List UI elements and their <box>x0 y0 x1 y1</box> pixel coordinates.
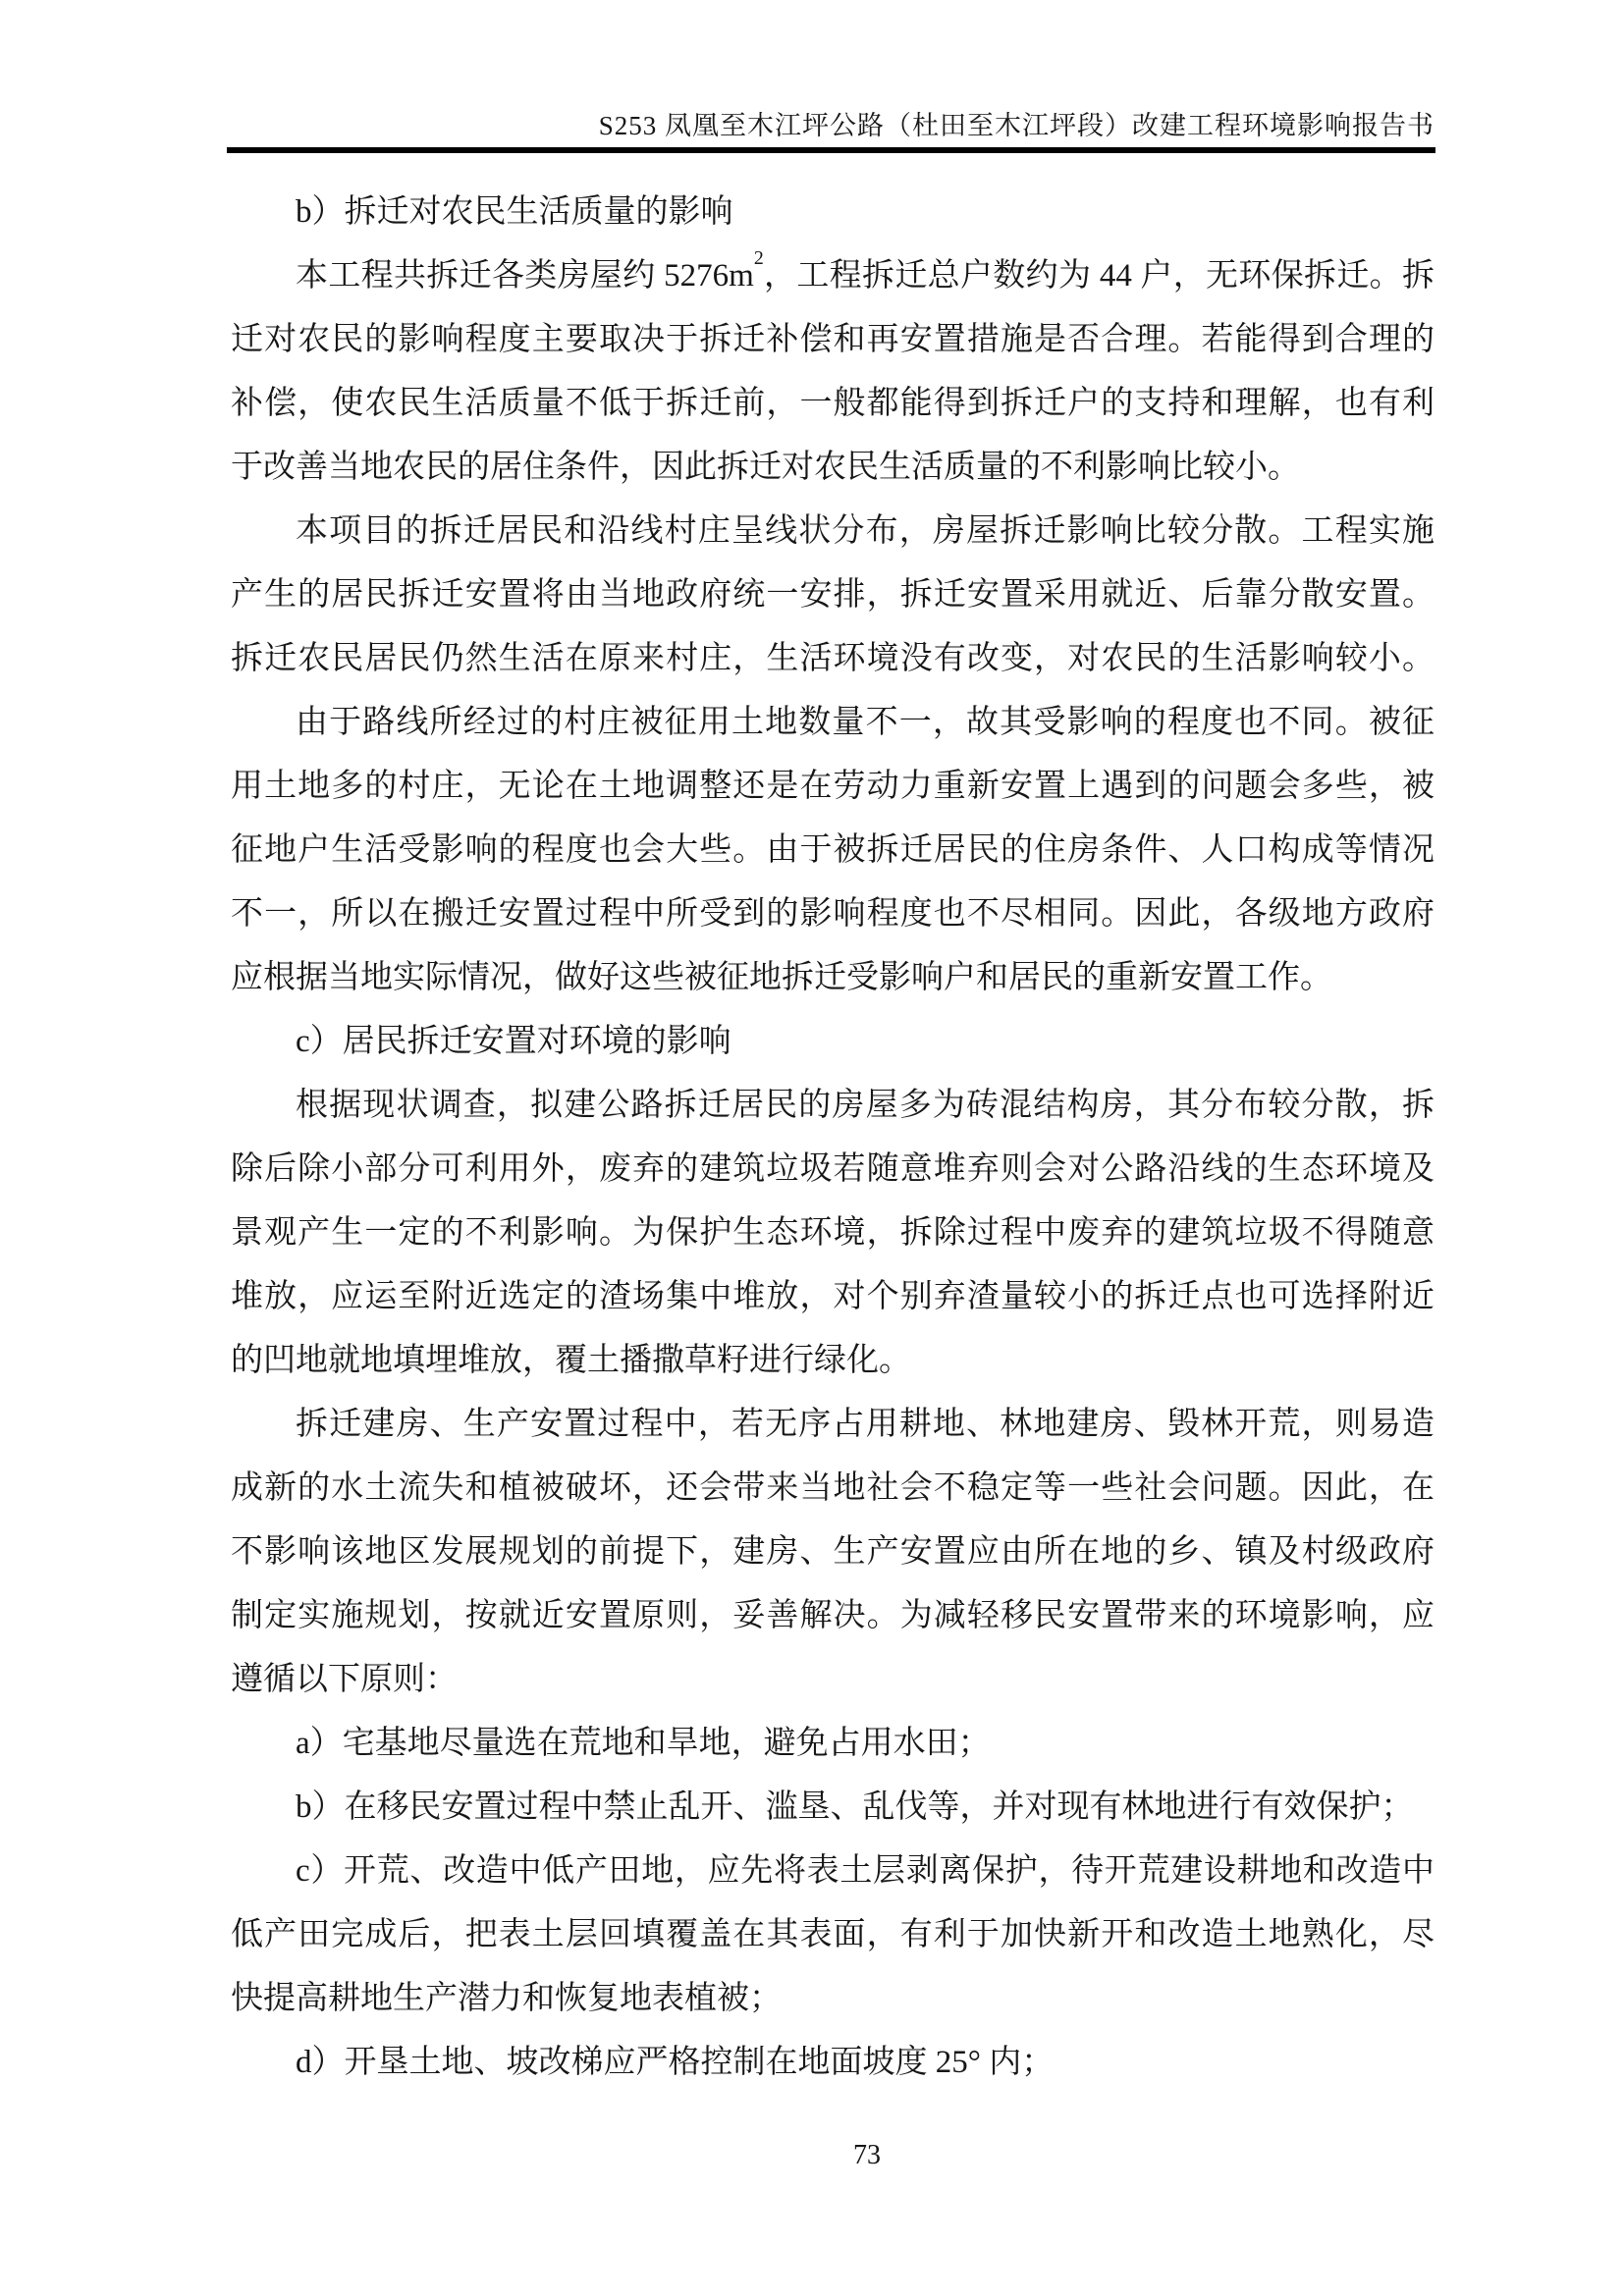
body-line: 于改善当地农民的居住条件，因此拆迁对农民生活质量的不利影响比较小。 <box>231 436 1435 500</box>
body-line: 遵循以下原则： <box>231 1648 1435 1712</box>
body-line: 景观产生一定的不利影响。为保护生态环境，拆除过程中废弃的建筑垃圾不得随意 <box>231 1201 1435 1265</box>
body-line: 不一，所以在搬迁安置过程中所受到的影响程度也不尽相同。因此，各级地方政府 <box>231 882 1435 946</box>
line-text-post: ，工程拆迁总户数约为 44 户，无环保拆迁。拆 <box>764 258 1435 294</box>
body-line: 根据现状调查，拟建公路拆迁居民的房屋多为砖混结构房，其分布较分散，拆 <box>231 1074 1435 1138</box>
body-line: c）居民拆迁安置对环境的影响 <box>231 1010 1435 1074</box>
body-line: 应根据当地实际情况，做好这些被征地拆迁受影响户和居民的重新安置工作。 <box>231 946 1435 1010</box>
document-page: S253 凤凰至木江坪公路（杜田至木江坪段）改建工程环境影响报告书 b）拆迁对农… <box>0 0 1624 2296</box>
body-line: 本项目的拆迁居民和沿线村庄呈线状分布，房屋拆迁影响比较分散。工程实施 <box>231 500 1435 563</box>
superscript-2: 2 <box>754 247 764 269</box>
running-header-title: S253 凤凰至木江坪公路（杜田至木江坪段）改建工程环境影响报告书 <box>599 108 1435 143</box>
body-line: 堆放，应运至附近选定的渣场集中堆放，对个别弃渣量较小的拆迁点也可选择附近 <box>231 1265 1435 1329</box>
body-line: 产生的居民拆迁安置将由当地政府统一安排，拆迁安置采用就近、后靠分散安置。 <box>231 563 1435 627</box>
body-line: 的凹地就地填埋堆放，覆土播撒草籽进行绿化。 <box>231 1329 1435 1393</box>
body-line: 不影响该地区发展规划的前提下，建房、生产安置应由所在地的乡、镇及村级政府 <box>231 1521 1435 1584</box>
body-line: 低产田完成后，把表土层回填覆盖在其表面，有利于加快新开和改造土地熟化，尽 <box>231 1903 1435 1967</box>
body-line: 成新的水土流失和植被破坏，还会带来当地社会不稳定等一些社会问题。因此，在 <box>231 1457 1435 1521</box>
body-line: d）开垦土地、坡改梯应严格控制在地面坡度 25° 内； <box>231 2031 1435 2095</box>
header-divider-rule <box>227 147 1435 153</box>
body-line: 快提高耕地生产潜力和恢复地表植被； <box>231 1967 1435 2031</box>
body-line: 本工程共拆迁各类房屋约 5276m2，工程拆迁总户数约为 44 户，无环保拆迁。… <box>231 244 1435 308</box>
body-line: 拆迁农民居民仍然生活在原来村庄，生活环境没有改变，对农民的生活影响较小。 <box>231 627 1435 691</box>
line-text-pre: 本工程共拆迁各类房屋约 5276m <box>296 258 754 294</box>
page-number: 73 <box>265 2138 1469 2173</box>
document-body: b）拆迁对农民生活质量的影响 本工程共拆迁各类房屋约 5276m2，工程拆迁总户… <box>231 181 1435 2095</box>
body-line: c）开荒、改造中低产田地，应先将表土层剥离保护，待开荒建设耕地和改造中 <box>231 1840 1435 1903</box>
body-line: 迁对农民的影响程度主要取决于拆迁补偿和再安置措施是否合理。若能得到合理的 <box>231 308 1435 372</box>
body-line: 拆迁建房、生产安置过程中，若无序占用耕地、林地建房、毁林开荒，则易造 <box>231 1393 1435 1457</box>
body-line: 由于路线所经过的村庄被征用土地数量不一，故其受影响的程度也不同。被征 <box>231 691 1435 755</box>
body-line: b）拆迁对农民生活质量的影响 <box>231 181 1435 244</box>
body-line: 征地户生活受影响的程度也会大些。由于被拆迁居民的住房条件、人口构成等情况 <box>231 819 1435 882</box>
body-line: 除后除小部分可利用外，废弃的建筑垃圾若随意堆弃则会对公路沿线的生态环境及 <box>231 1138 1435 1201</box>
body-line: 补偿，使农民生活质量不低于拆迁前，一般都能得到拆迁户的支持和理解，也有利 <box>231 372 1435 436</box>
body-line: a）宅基地尽量选在荒地和旱地，避免占用水田； <box>231 1712 1435 1776</box>
body-line: 制定实施规划，按就近安置原则，妥善解决。为减轻移民安置带来的环境影响，应 <box>231 1584 1435 1648</box>
body-line: b）在移民安置过程中禁止乱开、滥垦、乱伐等，并对现有林地进行有效保护； <box>231 1776 1435 1840</box>
body-line: 用土地多的村庄，无论在土地调整还是在劳动力重新安置上遇到的问题会多些，被 <box>231 755 1435 819</box>
